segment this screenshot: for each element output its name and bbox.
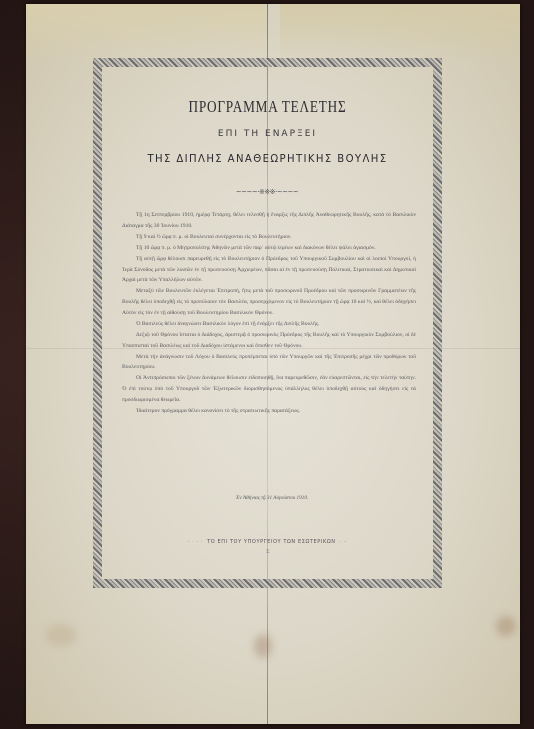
document-content: ΠΡΟΓΡΑΜΜΑ ΤΕΛΕΤΗΣ ΕΠΙ ΤΗ ΕΝΑΡΞΕΙ ΤΗΣ ΔΙΠ… — [102, 67, 433, 579]
ornament-divider-icon: ~~~~·※※※·~~~~ — [232, 189, 302, 195]
paragraph: Δεξιῷ τοῦ Θρόνου ἵσταται ὁ Διάδοχος, ἀρι… — [122, 330, 416, 352]
program-body: Τῇ 1η Σεπτεμβρίου 1910, ἡμέρᾳ Τετάρτῃ, θ… — [122, 210, 416, 417]
paragraph: Τῇ αὐτῇ ὥρᾳ θέλουσι παρευρεθῇ εἰς τὸ Βου… — [122, 254, 416, 286]
dateline: Ἐν Ἀθήναις τῇ 31 Αὐγούστου 1910. — [162, 495, 382, 501]
dash-decoration: - · · · — [188, 539, 204, 545]
paragraph: Τῇ 1η Σεπτεμβρίου 1910, ἡμέρᾳ Τετάρτῃ, θ… — [122, 210, 416, 232]
signature-line: - · · ·ΤΟ ΕΠΙ ΤΟΥ ΥΠΟΥΡΓΕΙΟΥ ΤΩΝ ΕΣΩΤΕΡΙ… — [142, 539, 392, 545]
paragraph: Τῇ 9 καὶ ½ ὥρᾳ π. μ. οἱ Βουλευταὶ συνέρχ… — [122, 232, 416, 243]
paragraph: Τῇ 10 ὥρᾳ π. μ. ὁ Μητροπολίτης Ἀθηνῶν με… — [122, 243, 416, 254]
yellowed-edge — [26, 4, 266, 64]
stain — [46, 624, 76, 646]
document-title: ΠΡΟΓΡΑΜΜΑ ΤΕΛΕΤΗΣ — [138, 97, 396, 117]
yellowed-edge — [280, 4, 520, 64]
stain — [254, 634, 272, 658]
document-subtitle: ΕΠΙ ΤΗ ΕΝΑΡΞΕΙ — [102, 129, 433, 139]
document-heading: ΤΗΣ ΔΙΠΛΗΣ ΑΝΑΘΕΩΡΗΤΙΚΗΣ ΒΟΥΛΗΣ — [115, 152, 420, 165]
paragraph: Ἰδιαίτερον πρόγραμμα θέλει κανονίσει τὸ … — [122, 406, 416, 417]
signature-mark: Σ — [266, 549, 270, 555]
paragraph: Μετὰ τὴν ἀνάγνωσιν τοῦ Λόγου ὁ Βασιλεὺς … — [122, 352, 416, 374]
dash-decoration: · - — [340, 539, 347, 545]
paragraph: Μεταξὺ τῶν Βουλευτῶν ἐκλέγεται Ἐπιτροπή,… — [122, 286, 416, 318]
signature-text: ΤΟ ΕΠΙ ΤΟΥ ΥΠΟΥΡΓΕΙΟΥ ΤΩΝ ΕΣΩΤΕΡΙΚΩΝ — [207, 539, 336, 545]
stain — [496, 616, 516, 636]
paragraph: Ὁ Βασιλεὺς θέλει ἀναγνώσει Βασιλικὸν λόγ… — [122, 319, 416, 330]
paragraph: Οἱ Ἀντιπρόσωποι τῶν ξένων Δυνάμεων θέλου… — [122, 373, 416, 405]
